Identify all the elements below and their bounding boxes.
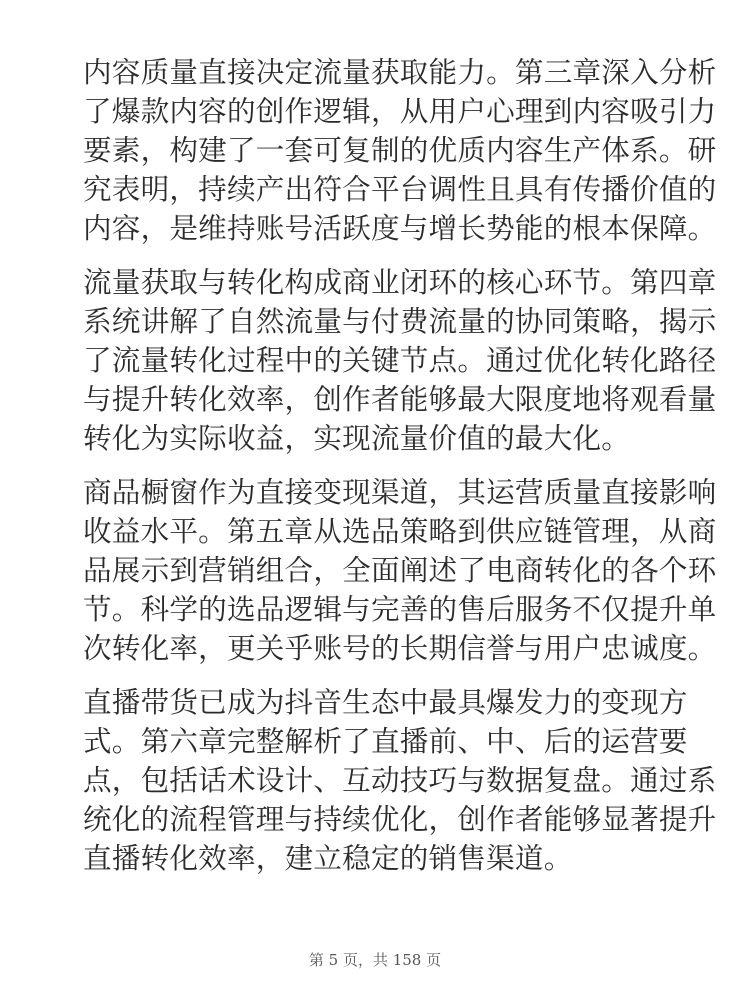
page-indicator: 第 5 页，共 158 页 [0, 949, 750, 970]
text-line: 节。科学的选品逻辑与完善的售后服务不仅提升单 [83, 590, 667, 629]
text-line: 统化的流程管理与持续优化，创作者能够显著提升 [83, 800, 667, 839]
text-line: 内容质量直接决定流量获取能力。第三章深入分析 [83, 53, 667, 92]
text-line: 直播转化效率，建立稳定的销售渠道。 [83, 839, 667, 878]
text-line: 了爆款内容的创作逻辑，从用户心理到内容吸引力 [83, 92, 667, 131]
paragraph-chapter-5: 商品橱窗作为直接变现渠道，其运营质量直接影响 收益水平。第五章从选品策略到供应链… [83, 473, 667, 668]
text-line: 品展示到营销组合，全面阐述了电商转化的各个环 [83, 551, 667, 590]
paragraph-chapter-3: 内容质量直接决定流量获取能力。第三章深入分析 了爆款内容的创作逻辑，从用户心理到… [83, 53, 667, 248]
paragraph-chapter-6: 直播带货已成为抖音生态中最具爆发力的变现方 式。第六章完整解析了直播前、中、后的… [83, 683, 667, 878]
text-line: 了流量转化过程中的关键节点。通过优化转化路径 [83, 341, 667, 380]
text-line: 次转化率，更关乎账号的长期信誉与用户忠诚度。 [83, 629, 667, 668]
text-line: 直播带货已成为抖音生态中最具爆发力的变现方 [83, 683, 667, 722]
text-line: 与提升转化效率，创作者能够最大限度地将观看量 [83, 380, 667, 419]
text-line: 商品橱窗作为直接变现渠道，其运营质量直接影响 [83, 473, 667, 512]
document-body: 内容质量直接决定流量获取能力。第三章深入分析 了爆款内容的创作逻辑，从用户心理到… [83, 53, 667, 893]
text-line: 收益水平。第五章从选品策略到供应链管理，从商 [83, 512, 667, 551]
text-line: 究表明，持续产出符合平台调性且具有传播价值的 [83, 170, 667, 209]
text-line: 内容，是维持账号活跃度与增长势能的根本保障。 [83, 209, 667, 248]
text-line: 式。第六章完整解析了直播前、中、后的运营要 [83, 722, 667, 761]
text-line: 点，包括话术设计、互动技巧与数据复盘。通过系 [83, 761, 667, 800]
paragraph-chapter-4: 流量获取与转化构成商业闭环的核心环节。第四章 系统讲解了自然流量与付费流量的协同… [83, 263, 667, 458]
text-line: 转化为实际收益，实现流量价值的最大化。 [83, 419, 667, 458]
text-line: 要素，构建了一套可复制的优质内容生产体系。研 [83, 131, 667, 170]
text-line: 系统讲解了自然流量与付费流量的协同策略，揭示 [83, 302, 667, 341]
text-line: 流量获取与转化构成商业闭环的核心环节。第四章 [83, 263, 667, 302]
